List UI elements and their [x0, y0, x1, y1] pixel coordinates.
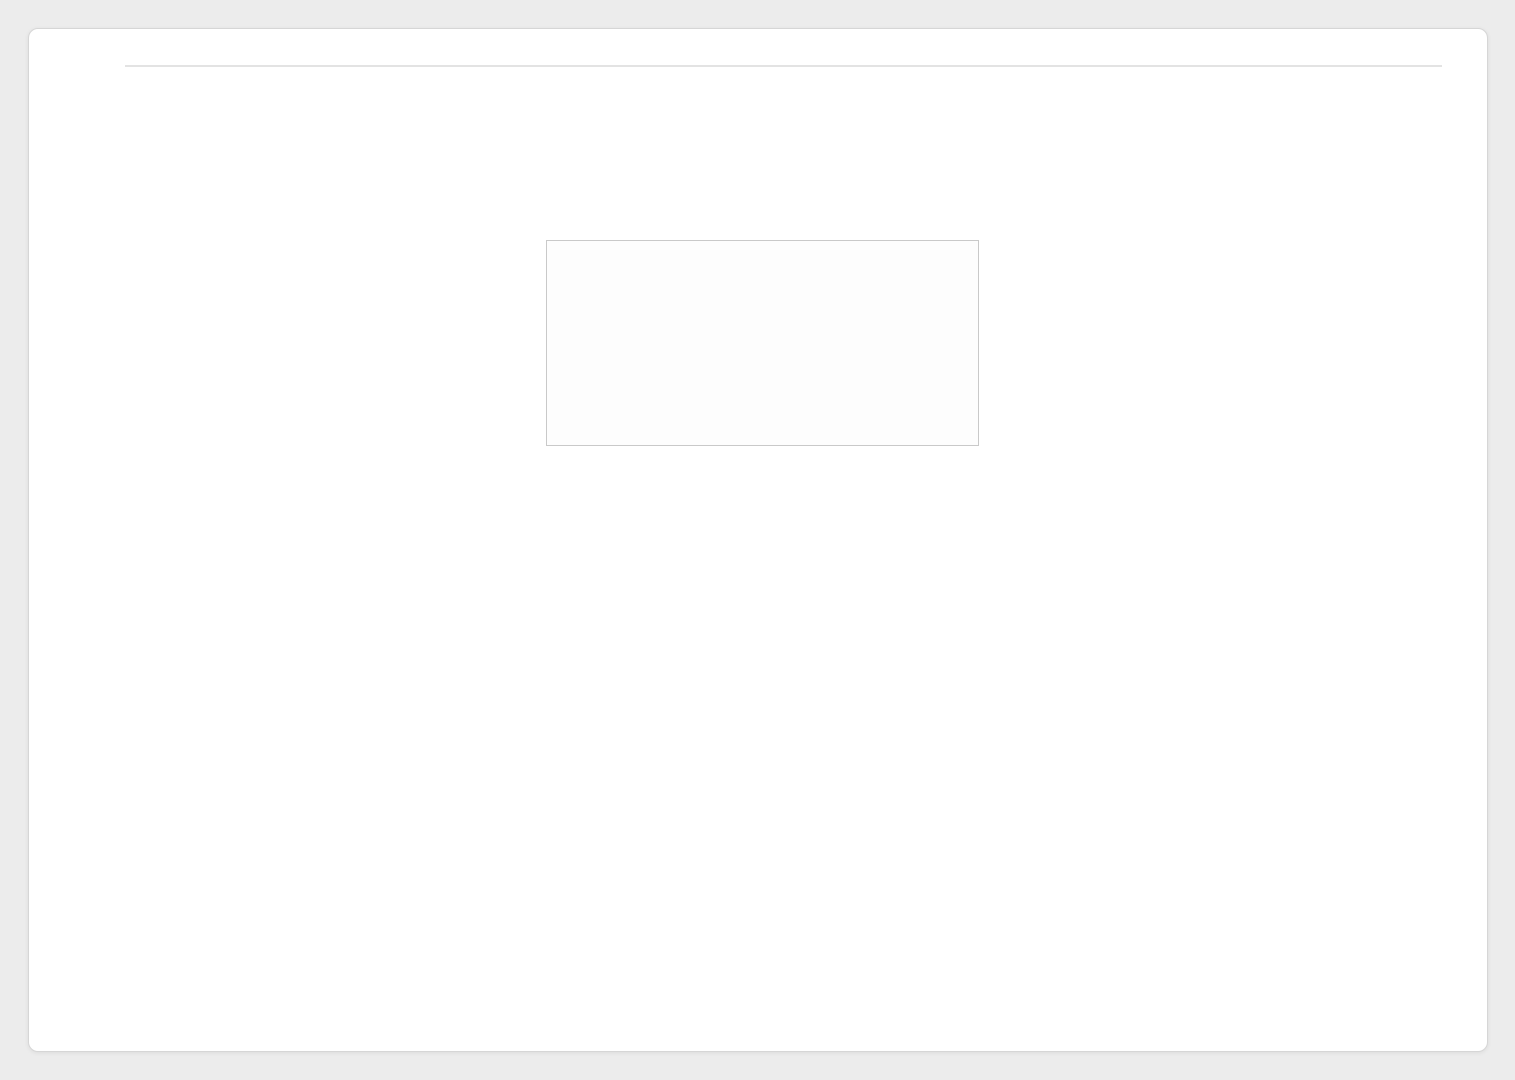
- page-background: { "page": { "title": "脑电记录的零参考 （ REST）" …: [0, 0, 1515, 1080]
- figure-panel-plot: [563, 267, 627, 399]
- title-divider-line: [125, 65, 1442, 67]
- panel-title: [563, 253, 633, 267]
- document-card: [28, 28, 1488, 1052]
- figure-panel-plot: [727, 267, 791, 399]
- figure-panel-rest-error: [892, 253, 962, 441]
- title-accent-marker: [35, 47, 59, 85]
- panel-title: [645, 253, 715, 267]
- figure-eeg-simulation: [546, 240, 979, 446]
- panel-title: [727, 253, 797, 267]
- figure-panel-rest-result: [727, 253, 797, 441]
- title-row: [35, 47, 1442, 85]
- document-body: [83, 123, 1442, 202]
- panel-title: [809, 253, 879, 267]
- figure-container: [83, 240, 1442, 446]
- figure-panel-plot: [645, 267, 709, 399]
- panel-title: [892, 253, 962, 267]
- figure-panel-plot: [892, 267, 956, 399]
- figure-panel-average-reference-error: [809, 253, 879, 441]
- figure-panel-average-reference: [645, 253, 715, 441]
- paragraph-principle: [83, 123, 1442, 202]
- figure-panel-true-potential: [563, 253, 633, 441]
- figure-panel-plot: [809, 267, 873, 399]
